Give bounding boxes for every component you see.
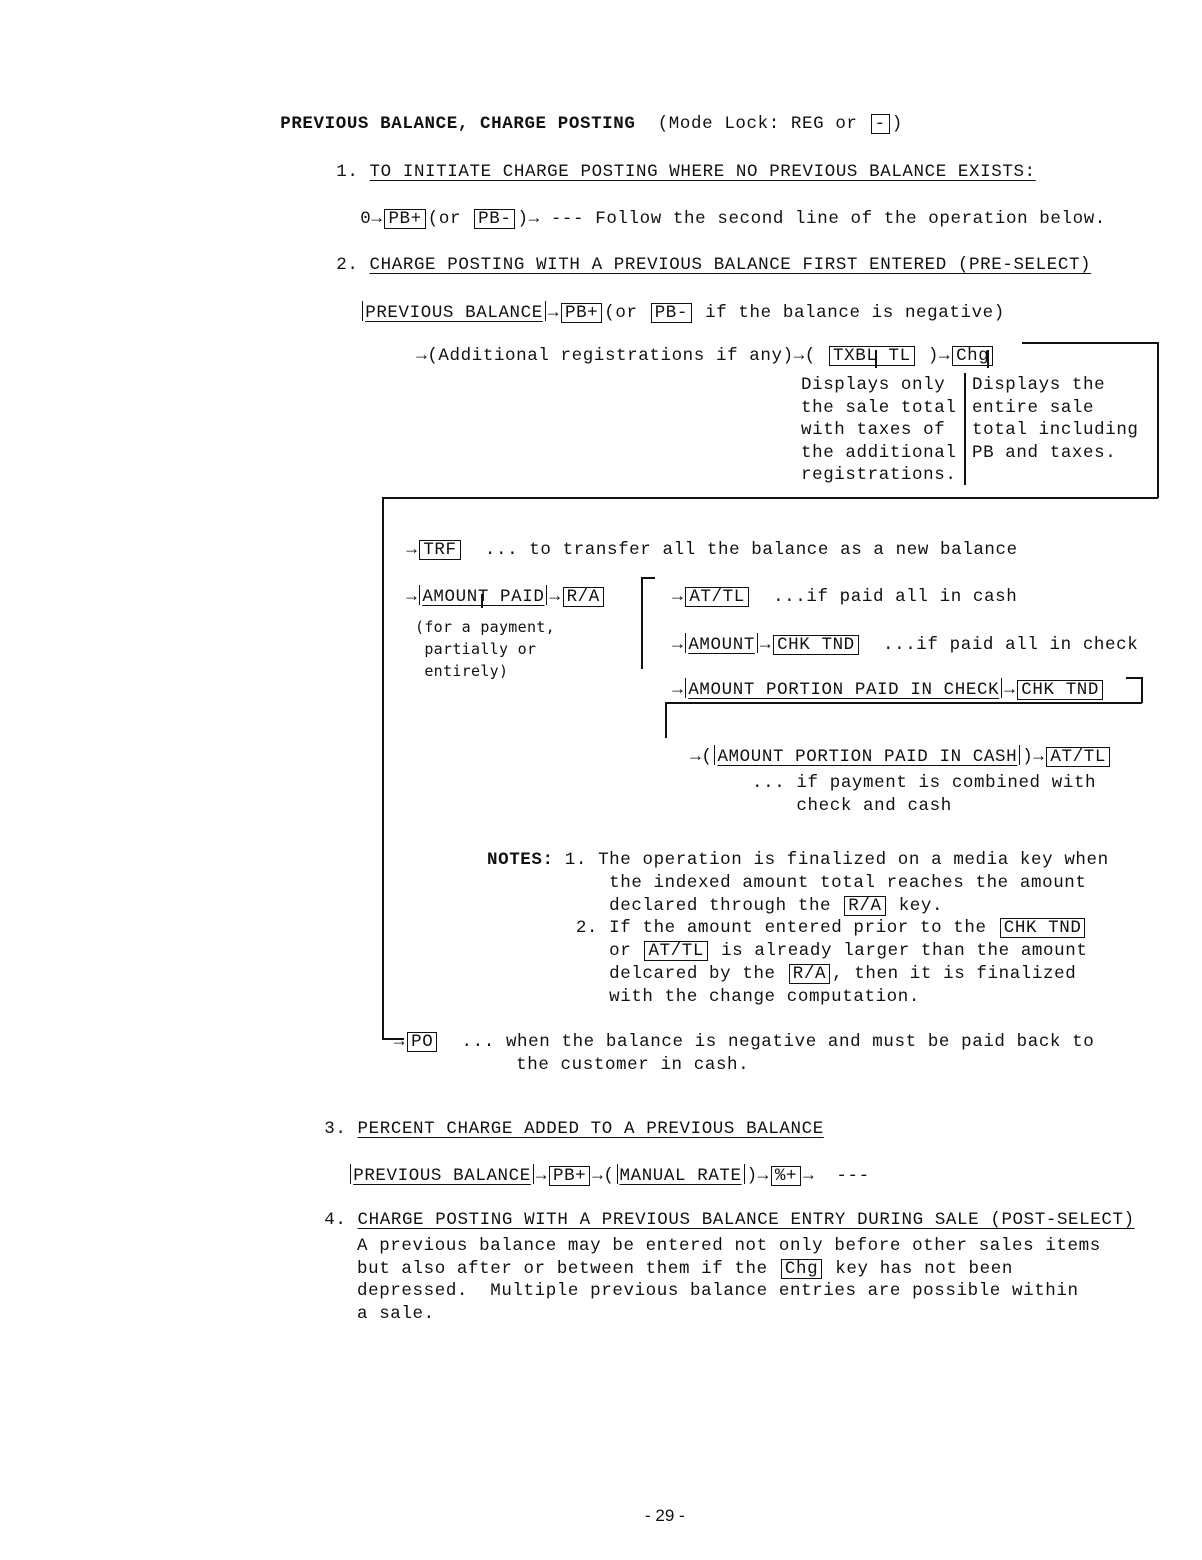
cash-portion-branch: →(AMOUNT PORTION PAID IN CASH)→AT/TL [668,725,1112,767]
note-line: delcared by the [609,964,776,984]
note-line: Displays only [801,375,945,395]
note-line: total including [972,420,1139,440]
key-pb-plus: PB+ [384,209,425,229]
arrow-icon: → [758,1166,769,1186]
entry-bar [546,585,547,605]
paren: ) [892,114,903,134]
check-portion-entry: AMOUNT PORTION PAID IN CHECK [688,680,999,700]
note-line: entire sale [972,398,1094,418]
key-po: PO [407,1032,437,1052]
note-number: 1. [565,850,587,870]
note-number: 2. [576,918,598,938]
or-text: (or [428,209,461,229]
arrow-icon: → [803,1166,814,1186]
note-line: If the amount entered prior to the [609,918,986,938]
note-line: The operation is finalized on a media ke… [598,850,1109,870]
arrow-icon: → [371,209,382,229]
arrow-icon: → [416,346,427,366]
key-txbl-tl: TXBL TL [829,346,915,366]
connector-line [1141,677,1143,703]
connector-line [665,702,667,738]
arrow-icon: → [690,747,701,767]
paren: ) [517,209,528,229]
note-line: partially or [424,640,536,658]
section-2-line-1: PREVIOUS BALANCE→PB+(or PB- if the balan… [338,281,1005,323]
entry-bar [545,301,546,321]
entry-bar [757,633,758,653]
zero-entry: 0 [360,209,371,229]
desc-line: check and cash [796,796,951,816]
note-line: , then it is finalized [832,964,1076,984]
page-header: PREVIOUS BALANCE, CHARGE POSTING (Mode L… [258,94,903,134]
connector-line [1157,342,1159,498]
entry-bar [350,1164,351,1184]
desc-line: ... if payment is combined with [752,773,1096,793]
note-line: key. [899,896,943,916]
page-number: - 29 - [645,1506,685,1526]
note-line: the sale total [801,398,956,418]
arrow-icon: → [760,635,771,655]
body-line: key has not been [835,1259,1013,1279]
txbl-note: Displays only the sale total with taxes … [801,374,956,487]
chg-note: Displays the entire sale total including… [972,374,1139,464]
note-line: the indexed amount total reaches the amo… [609,873,1086,893]
section-number: 4. [324,1210,346,1230]
check-desc: ...if paid all in check [883,635,1138,655]
section-3-sequence: PREVIOUS BALANCE→PB+→(MANUAL RATE)→%+→ -… [326,1144,870,1186]
body-line: A previous balance may be entered not on… [357,1236,1101,1256]
key-pb-minus: PB- [651,303,692,323]
section-1-sequence: 0→PB+(or PB-)→ --- Follow the second lin… [338,189,1106,229]
cash-portion-entry: AMOUNT PORTION PAID IN CASH [717,747,1017,767]
arrow-icon: → [592,1166,603,1186]
key-chk-tnd: CHK TND [773,635,859,655]
cash-branch: →AT/TL ...if paid all in cash [650,567,1017,607]
key-percent-plus: %+ [771,1166,801,1186]
cash-desc: ...if paid all in cash [773,587,1017,607]
connector-line [382,497,1158,499]
body-line: a sale. [357,1304,435,1324]
notes-label: NOTES: [487,850,554,870]
paren: ) [928,346,939,366]
additional-registrations: (Additional registrations if any) [427,346,793,366]
entry-bar [533,1164,534,1184]
arrow-icon: → [939,346,950,366]
key-pb-plus: PB+ [561,303,602,323]
section-3-title: PERCENT CHARGE ADDED TO A PREVIOUS BALAN… [358,1119,824,1139]
previous-balance-entry: PREVIOUS BALANCE [353,1166,531,1186]
arrow-icon: → [548,303,559,323]
entry-bar [362,301,363,321]
negative-note: if the balance is negative) [705,303,1005,323]
connector-line [481,594,483,608]
section-3-heading: 3. PERCENT CHARGE ADDED TO A PREVIOUS BA… [302,1099,824,1139]
section-1-heading: 1. TO INITIATE CHARGE POSTING WHERE NO P… [314,142,1036,182]
key-ra: R/A [844,896,885,916]
note-line: the additional [801,443,956,463]
or-text: (or [604,303,637,323]
mode-lock-key: - [871,114,890,134]
po-desc: the customer in cash. [516,1055,749,1075]
note-line: Displays the [972,375,1105,395]
note-line: with taxes of [801,420,945,440]
arrow-icon: → [406,587,417,607]
arrow-icon: → [672,680,683,700]
amount-entry: AMOUNT [688,635,755,655]
manual-rate-entry: MANUAL RATE [620,1166,742,1186]
notes-block: NOTES: 1. The operation is finalized on … [487,849,1109,1009]
divider-line [964,373,966,485]
key-pb-plus: PB+ [549,1166,590,1186]
connector-line [875,350,877,368]
note-line: registrations. [801,465,956,485]
combined-desc: ... if payment is combined with check an… [752,772,1096,817]
note-line: PB and taxes. [972,443,1116,463]
page-title: PREVIOUS BALANCE, CHARGE POSTING [280,114,635,134]
connector-line [1126,677,1142,679]
body-line: but also after or between them if the [357,1259,768,1279]
paren: ( [805,346,816,366]
key-chk-tnd: CHK TND [1017,680,1103,700]
key-at-tl: AT/TL [644,941,708,961]
key-ra: R/A [563,587,604,607]
previous-balance-entry: PREVIOUS BALANCE [365,303,543,323]
entry-bar [1001,678,1002,698]
section-1-title: TO INITIATE CHARGE POSTING WHERE NO PREV… [370,162,1036,182]
key-pb-minus: PB- [474,209,515,229]
note-line: is already larger than the amount [721,941,1087,961]
amount-paid-entry: AMOUNT PAID [422,587,544,607]
section-4-title: CHARGE POSTING WITH A PREVIOUS BALANCE E… [358,1210,1135,1230]
follow-note: --- Follow the second line of the operat… [551,209,1106,229]
section-2-title: CHARGE POSTING WITH A PREVIOUS BALANCE F… [370,255,1092,275]
continuation-dashes: --- [836,1166,869,1186]
entry-bar [685,678,686,698]
arrow-icon: → [672,587,683,607]
section-number: 3. [324,1119,346,1139]
entry-bar [419,585,420,605]
trf-branch: →TRF ... to transfer all the balance as … [384,520,1018,560]
connector-line [641,577,643,669]
po-branch: →PO ... when the balance is negative and… [394,1031,1094,1076]
section-4-heading: 4. CHARGE POSTING WITH A PREVIOUS BALANC… [302,1190,1135,1230]
arrow-icon: → [529,209,540,229]
check-branch: →AMOUNT→CHK TND ...if paid all in check [650,613,1138,655]
amount-paid-branch: →AMOUNT PAID→R/A [384,565,606,607]
arrow-icon: → [406,540,417,560]
payment-note: (for a payment, partially or entirely) [415,616,555,682]
entry-bar [714,745,715,765]
trf-desc: ... to transfer all the balance as a new… [485,540,1018,560]
note-line: or [609,941,631,961]
entry-bar [744,1164,745,1184]
arrow-icon: → [1033,747,1044,767]
section-2-heading: 2. CHARGE POSTING WITH A PREVIOUS BALANC… [314,235,1091,275]
connector-line [1022,342,1158,344]
note-line: entirely) [424,662,508,680]
arrow-icon: → [549,587,560,607]
arrow-icon: → [794,346,805,366]
connector-line [665,702,1142,704]
key-ra: R/A [789,964,830,984]
note-line: with the change computation. [609,987,920,1007]
combined-branch: →AMOUNT PORTION PAID IN CHECK→CHK TND [650,658,1105,700]
connector-line [987,350,989,368]
section-number: 2. [336,255,358,275]
section-number: 1. [336,162,358,182]
section-2-line-2: →(Additional registrations if any)→( TXB… [394,326,995,366]
arrow-icon: → [536,1166,547,1186]
entry-bar [685,633,686,653]
arrow-icon: → [394,1032,405,1052]
key-at-tl: AT/TL [685,587,749,607]
key-trf: TRF [419,540,460,560]
mode-lock-text: (Mode Lock: REG or [658,114,858,134]
po-desc: ... when the balance is negative and mus… [462,1032,1095,1052]
entry-bar [1019,745,1020,765]
key-at-tl: AT/TL [1046,747,1110,767]
note-line: declared through the [609,896,831,916]
key-chg: Chg [781,1259,822,1279]
section-4-body: A previous balance may be entered not on… [357,1235,1101,1325]
entry-bar [617,1164,618,1184]
key-chk-tnd: CHK TND [1000,918,1086,938]
body-line: depressed. Multiple previous balance ent… [357,1281,1079,1301]
arrow-icon: → [672,635,683,655]
arrow-icon: → [1004,680,1015,700]
note-line: (for a payment, [415,618,555,636]
